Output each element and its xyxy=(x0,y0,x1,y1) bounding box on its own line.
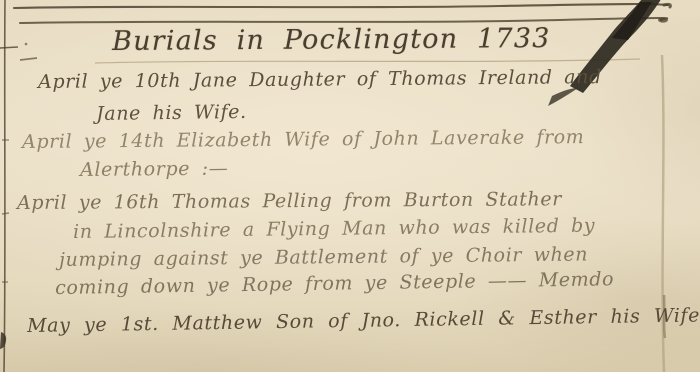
ink-blot-tail xyxy=(548,88,578,106)
margin-line xyxy=(4,0,5,372)
ruled-line-top-2 xyxy=(20,18,667,23)
ruled-line-top-2-blob xyxy=(658,17,668,22)
burial-entry-line: Alerthorpe :— xyxy=(80,159,228,180)
page-title: Burials in Pocklington 1733 xyxy=(112,25,551,55)
burial-entry-line: April ye 14th Elizabeth Wife of John Lav… xyxy=(22,128,584,152)
margin-tick-1 xyxy=(0,47,18,48)
burial-entry-line: April ye 16th Thomas Pelling from Burton… xyxy=(17,190,562,213)
parish-register-page: Burials in Pocklington 1733 April ye 10t… xyxy=(0,0,700,372)
margin-dash xyxy=(20,58,37,60)
title-underline xyxy=(95,59,640,63)
margin-dot xyxy=(25,43,28,46)
margin-tick-3 xyxy=(2,213,9,214)
ruled-line-top-1 xyxy=(14,4,668,8)
ruled-line-top-1-hook xyxy=(664,4,670,7)
burial-entry-line: Jane his Wife. xyxy=(96,103,247,124)
burial-entry-line: April ye 10th Jane Daughter of Thomas Ir… xyxy=(38,68,602,92)
